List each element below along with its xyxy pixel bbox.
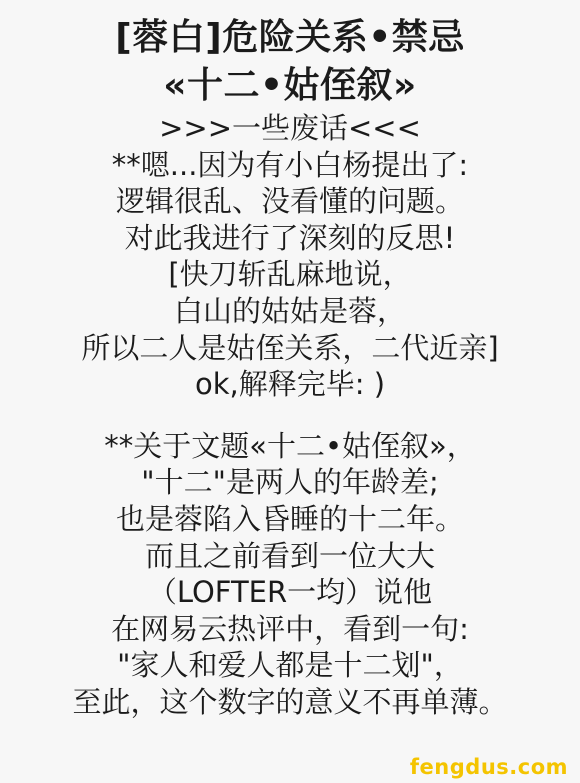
text-line: >>>一些废话<<<: [0, 110, 580, 147]
text-line: "十二"是两人的年龄差;: [0, 464, 580, 501]
text-line: **嗯...因为有小白杨提出了:: [0, 147, 580, 184]
text-line: [快刀斩乱麻地说，: [0, 256, 580, 293]
text-line: 逻辑很乱、没看懂的问题。: [0, 183, 580, 220]
text-line: "家人和爱人都是十二划"，: [0, 647, 580, 684]
text-line: 也是蓉陷入昏睡的十二年。: [0, 501, 580, 538]
site-watermark: fengdus.com: [410, 755, 568, 779]
document-title-line-2: «十二•姑侄叙»: [0, 62, 580, 110]
text-line: 在网易云热评中，看到一句:: [0, 611, 580, 648]
paragraph-spacer: [0, 403, 580, 428]
text-line: 而且之前看到一位大大: [0, 538, 580, 575]
text-line: 白山的姑姑是蓉，: [0, 293, 580, 330]
text-line: ok,解释完毕: ): [0, 366, 580, 403]
document-title-line-1: [蓉白]危险关系•禁忌: [0, 14, 580, 62]
document-text-block: [蓉白]危险关系•禁忌 «十二•姑侄叙» >>>一些废话<<< **嗯...因为…: [0, 14, 580, 721]
text-line: 对此我进行了深刻的反思!: [0, 220, 580, 257]
text-line: **关于文题«十二•姑侄叙»，: [0, 428, 580, 465]
text-line: 所以二人是姑侄关系，二代近亲]: [0, 330, 580, 367]
text-line: （LOFTER一均）说他: [0, 574, 580, 611]
text-line: 至此，这个数字的意义不再单薄。: [0, 684, 580, 721]
